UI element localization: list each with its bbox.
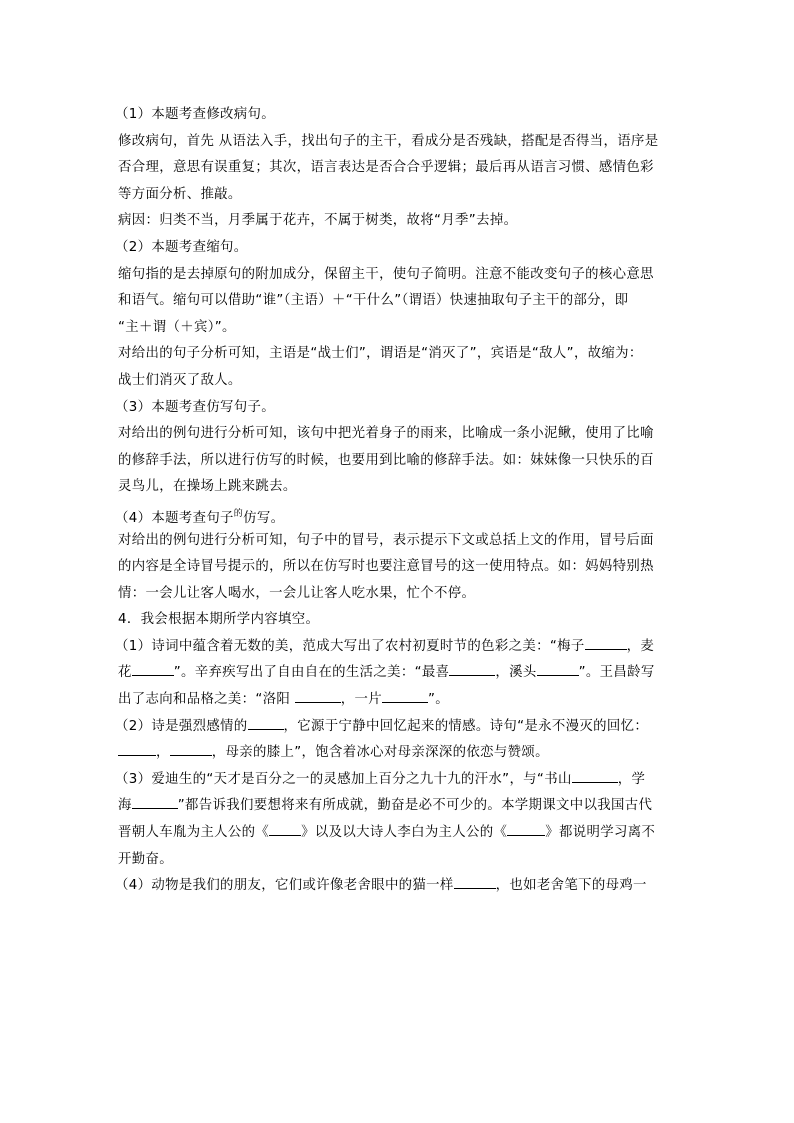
- text: ”都告诉我们要想将来有所成就，勤奋是必不可少的。本学期课文中以我国古代: [178, 798, 652, 813]
- fill-line: （1）诗词中蕴含着无数的美，范成大写出了农村初夏时节的色彩之美：“梅子，麦: [115, 634, 668, 661]
- fill-line: 花”。辛弃疾写出了自由自在的生活之美：“最喜，溪头”。王昌龄写: [118, 660, 668, 687]
- text: ，麦: [627, 639, 654, 654]
- blank-field: [132, 795, 178, 809]
- fill-line: （3）爱迪生的“天才是百分之一的灵感加上百分之九十九的汗水”，与“书山，学: [115, 767, 668, 794]
- paragraph-line: 否合理，意思有误重复；其次，语言表达是否合合乎逻辑；最后再从语言习惯、感情色彩: [118, 155, 668, 182]
- text: （3）爱迪生的“天才是百分之一的灵感加上百分之九十九的汗水”，与“书山: [115, 772, 572, 787]
- blank-field: [132, 662, 174, 676]
- text: （2）诗是强烈感情的: [115, 719, 248, 734]
- blank-field: [382, 689, 428, 703]
- paragraph-line: 和语气。缩句可以借助“谁”（主语）＋“干什么”（谓语）快速抽取句子主干的部分，即: [118, 288, 668, 315]
- text: 海: [118, 798, 132, 813]
- text: ”。: [428, 692, 449, 707]
- paragraph-line: 修改病句，首先 从语法入手，找出句子的主干，看成分是否残缺，搭配是否得当，语序是: [118, 129, 668, 156]
- fill-line: ，，母亲的膝上”，饱含着冰心对母亲深深的依恋与赞颂。: [118, 740, 668, 767]
- text: ，一片: [341, 692, 382, 707]
- text: ”。王昌龄写: [579, 665, 655, 680]
- fill-line: 开勤奋。: [118, 847, 668, 874]
- fill-line: 海”都告诉我们要想将来有所成就，勤奋是必不可少的。本学期课文中以我国古代: [118, 793, 668, 820]
- q4-heading-text-end: 仿写。: [243, 511, 284, 526]
- blank-field: [269, 822, 301, 836]
- blank-field: [118, 742, 156, 756]
- paragraph-line: 的修辞手法，所以进行仿写的时候，也要用到比喻的修辞手法。如：妹妹像一只快乐的百: [118, 448, 668, 475]
- paragraph-line: 对给出的例句进行分析可知，句子中的冒号，表示提示下文或总括上文的作用，冒号后面: [118, 528, 668, 555]
- superscript-char: 的: [234, 509, 243, 519]
- paragraph-line: 灵鸟儿，在操场上跳来跳去。: [118, 474, 668, 501]
- q4-heading-text: （4）本题考查句子: [115, 511, 234, 526]
- blank-field: [537, 662, 579, 676]
- blank-field: [248, 716, 284, 730]
- fill-line: （4）动物是我们的朋友，它们或许像老舍眼中的猫一样，也如老舍笔下的母鸡一: [115, 873, 668, 900]
- text: ，它源于宁静中回忆起来的情感。诗句“是永不漫灭的回忆：: [284, 719, 649, 734]
- text: ，学: [618, 772, 645, 787]
- text: 出了志向和品格之美：“洛阳: [118, 692, 295, 707]
- text: 》以及以大诗人李白为主人公的《: [301, 825, 507, 840]
- text: （1）诗词中蕴含着无数的美，范成大写出了农村初夏时节的色彩之美：“梅子: [115, 639, 585, 654]
- text: ，也如老舍笔下的母鸡一: [496, 878, 647, 893]
- q2-heading: （2）本题考查缩句。: [115, 235, 668, 262]
- blank-field: [449, 662, 495, 676]
- paragraph-line: 的内容是全诗冒号提示的，所以在仿写时也要注意冒号的这一使用特点。如：妈妈特别热: [118, 554, 668, 581]
- q1-heading: （1）本题考查修改病句。: [115, 102, 668, 129]
- blank-field: [170, 742, 212, 756]
- paragraph-line: “主＋谓（＋宾）”。: [118, 315, 668, 342]
- blank-field: [295, 689, 341, 703]
- fill-line: 晋朝人车胤为主人公的《》以及以大诗人李白为主人公的《》都说明学习离不: [118, 820, 668, 847]
- text: 》都说明学习离不: [545, 825, 655, 840]
- text: ，溪头: [495, 665, 536, 680]
- text: 晋朝人车胤为主人公的《: [118, 825, 269, 840]
- section-4-heading: 4．我会根据本期所学内容填空。: [118, 607, 668, 634]
- q3-heading: （3）本题考查仿写句子。: [115, 395, 668, 422]
- fill-line: （2）诗是强烈感情的，它源于宁静中回忆起来的情感。诗句“是永不漫灭的回忆：: [115, 714, 668, 741]
- blank-field: [585, 636, 627, 650]
- paragraph-line: 等方面分析、推敲。: [118, 182, 668, 209]
- document-page: （1）本题考查修改病句。 修改病句，首先 从语法入手，找出句子的主干，看成分是否…: [118, 102, 668, 900]
- text: （4）动物是我们的朋友，它们或许像老舍眼中的猫一样: [115, 878, 454, 893]
- paragraph-line: 情：一会儿让客人喝水，一会儿让客人吃水果，忙个不停。: [118, 581, 668, 608]
- q4-heading: （4）本题考查句子的仿写。: [115, 501, 668, 528]
- blank-field: [454, 875, 496, 889]
- paragraph-line: 对给出的例句进行分析可知，该句中把光着身子的雨来，比喻成一条小泥鳅，使用了比喻: [118, 421, 668, 448]
- paragraph-line: 对给出的句子分析可知，主语是“战士们”，谓语是“消灭了”，宾语是“敌人”，故缩为…: [118, 341, 668, 368]
- text: ，母亲的膝上”，饱含着冰心对母亲深深的依恋与赞颂。: [212, 745, 549, 760]
- fill-line: 出了志向和品格之美：“洛阳 ，一片”。: [118, 687, 668, 714]
- blank-field: [507, 822, 545, 836]
- paragraph-line: 战士们消灭了敌人。: [118, 368, 668, 395]
- blank-field: [572, 769, 618, 783]
- text: 花: [118, 665, 132, 680]
- text: ”。辛弃疾写出了自由自在的生活之美：“最喜: [174, 665, 450, 680]
- paragraph-line: 缩句指的是去掉原句的附加成分，保留主干，使句子简明。注意不能改变句子的核心意思: [118, 262, 668, 289]
- text: ，: [156, 745, 170, 760]
- paragraph-line: 病因：归类不当，月季属于花卉，不属于树类，故将“月季”去掉。: [118, 208, 668, 235]
